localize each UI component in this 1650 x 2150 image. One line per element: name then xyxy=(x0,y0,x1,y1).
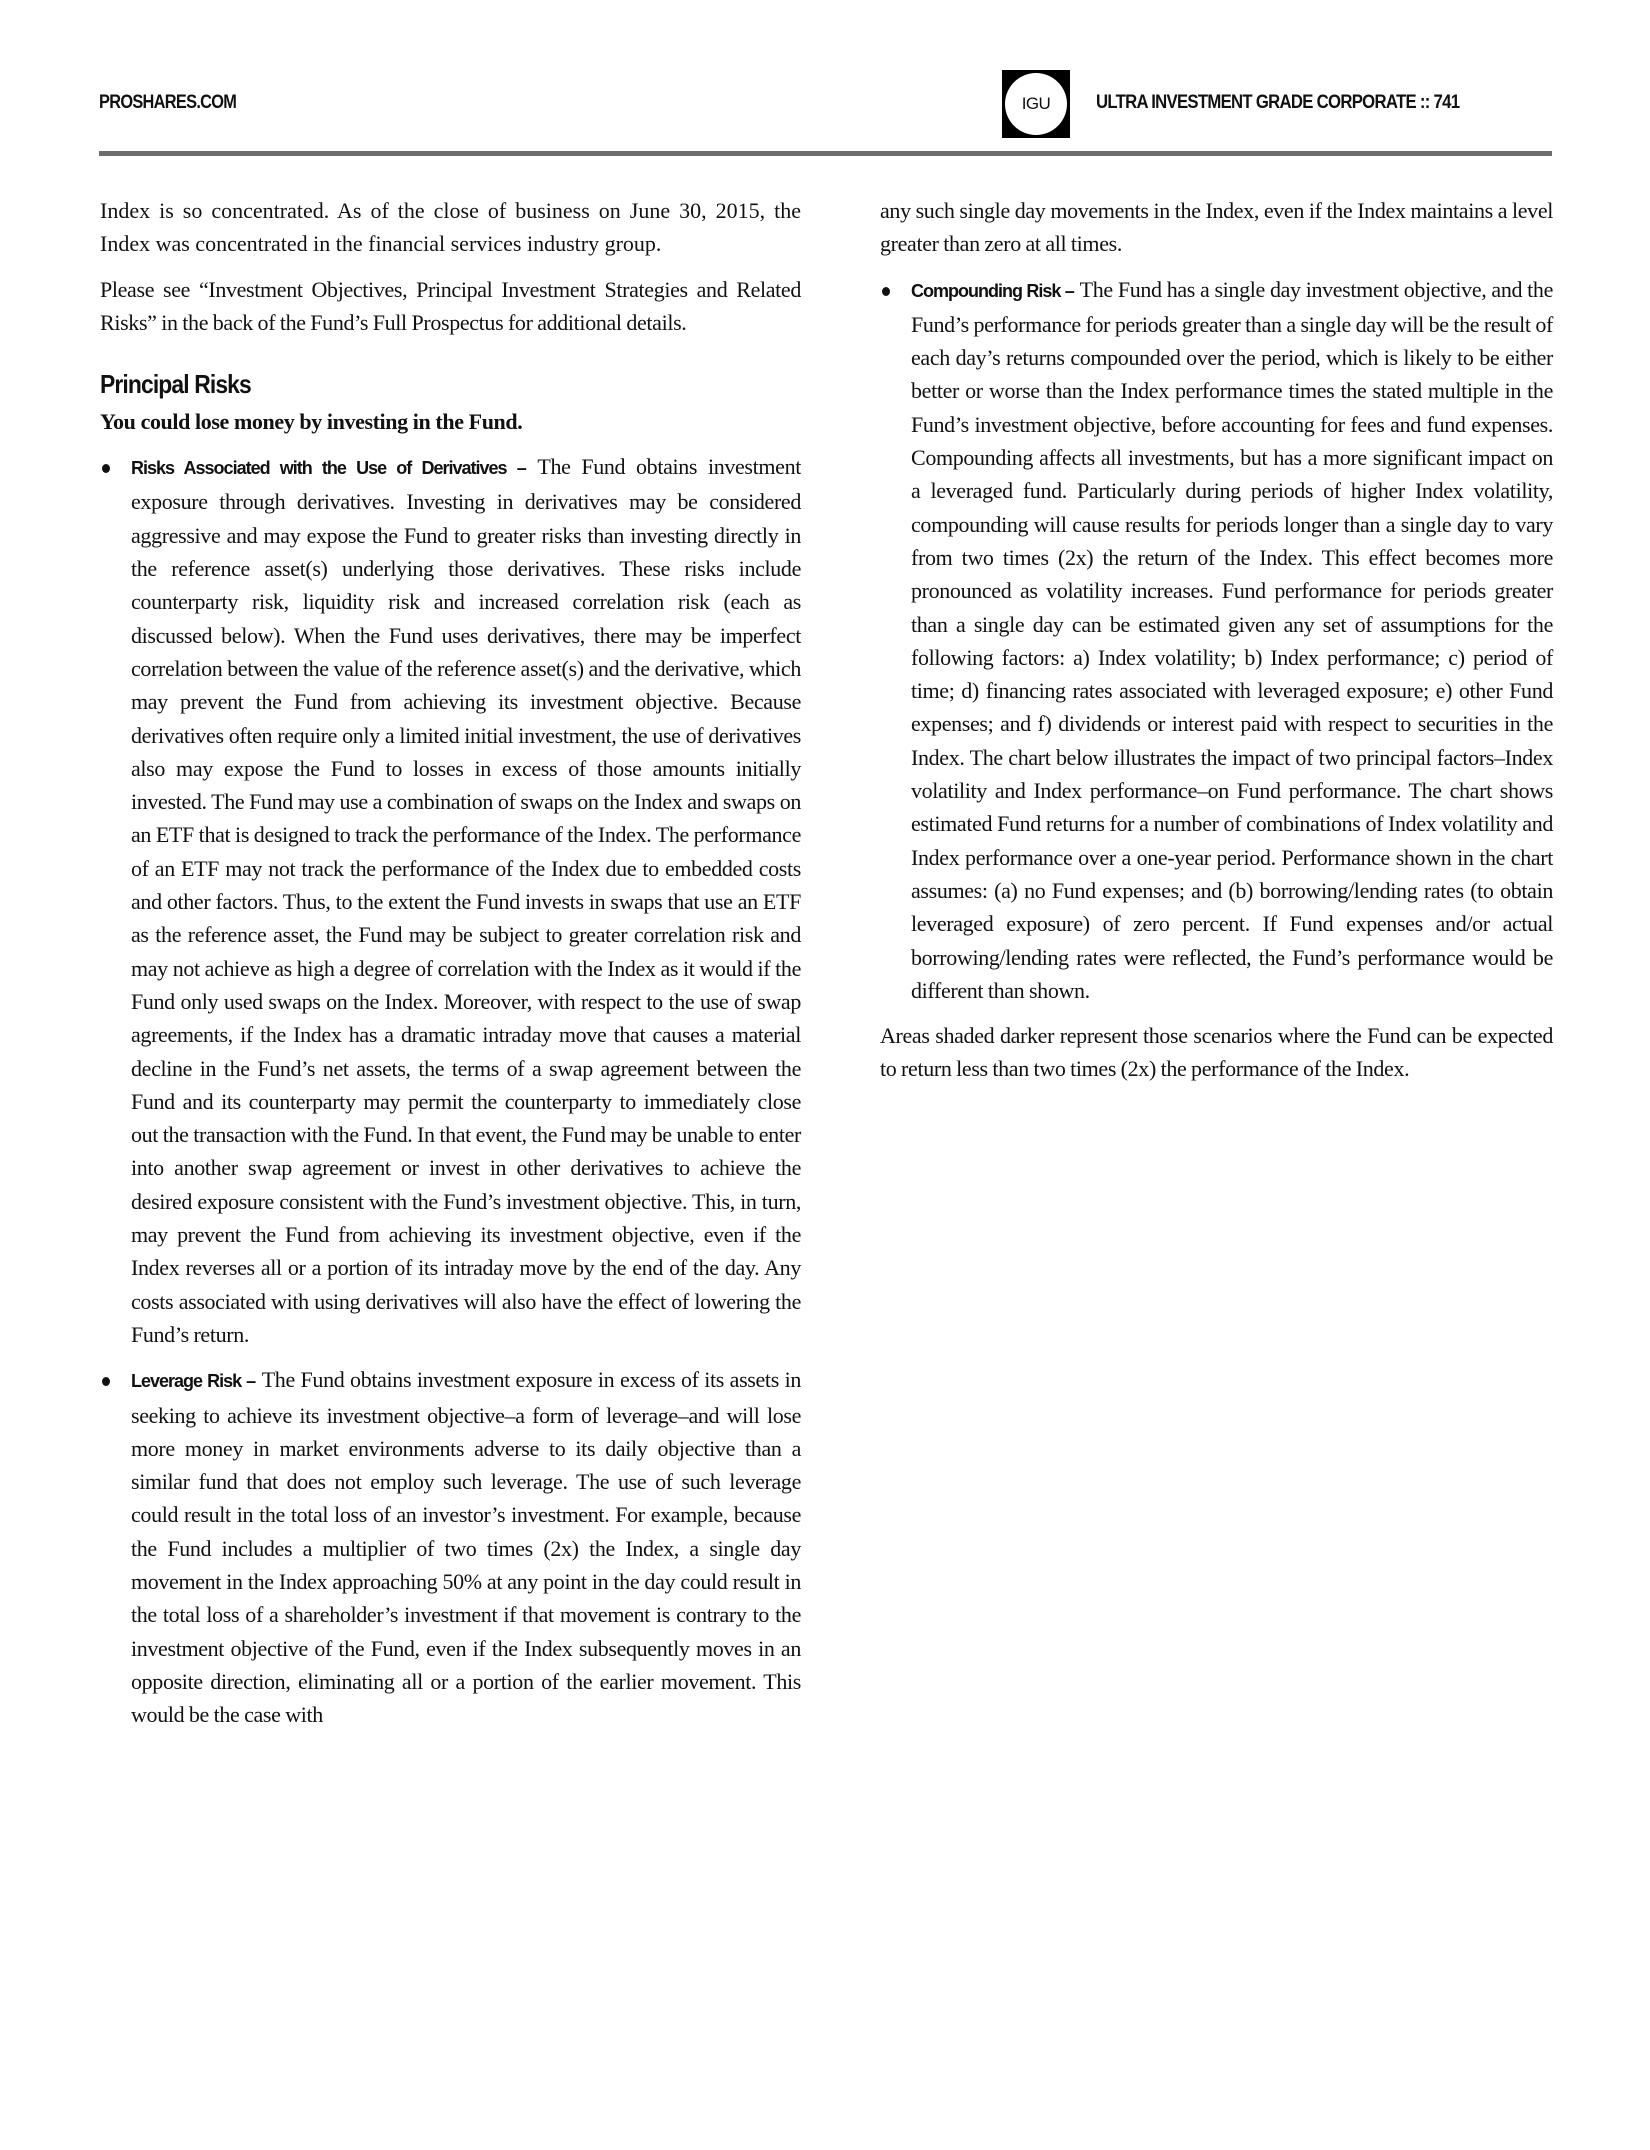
risk-item-derivatives: Risks Associated with the Use of Derivat… xyxy=(100,450,801,1351)
risk-item-leverage: Leverage Risk – The Fund obtains investm… xyxy=(100,1363,801,1731)
fund-title: ULTRA INVESTMENT GRADE CORPORATE :: 741 xyxy=(1096,92,1459,114)
bullet-icon xyxy=(102,1377,110,1386)
prospectus-reference-paragraph: Please see “Investment Objectives, Princ… xyxy=(100,273,801,340)
risk-heading: Risks Associated with the Use of Derivat… xyxy=(131,458,526,478)
left-column: Index is so concentrated. As of the clos… xyxy=(100,194,801,1743)
section-title: Principal Risks xyxy=(100,367,717,401)
intro-paragraph: Index is so concentrated. As of the clos… xyxy=(100,194,801,261)
bullet-icon xyxy=(882,287,890,296)
ticker-badge: IGU xyxy=(1002,70,1070,138)
section-subtitle: You could lose money by investing in the… xyxy=(100,405,801,438)
risk-item-compounding: Compounding Risk – The Fund has a single… xyxy=(880,273,1553,1008)
risk-body: The Fund has a single day investment obj… xyxy=(911,277,1553,1003)
continuation-paragraph: any such single day movements in the Ind… xyxy=(880,194,1553,261)
ticker-badge-label: IGU xyxy=(1005,73,1067,135)
risk-body: The Fund obtains investment exposure thr… xyxy=(131,454,801,1347)
page-header: PROSHARES.COM IGU ULTRA INVESTMENT GRADE… xyxy=(0,0,1650,140)
risk-heading: Compounding Risk – xyxy=(911,281,1074,301)
header-divider xyxy=(99,151,1552,156)
right-column: any such single day movements in the Ind… xyxy=(880,194,1553,1098)
bullet-icon xyxy=(102,464,110,473)
risk-heading: Leverage Risk – xyxy=(131,1371,255,1391)
risk-body: The Fund obtains investment exposure in … xyxy=(131,1367,801,1727)
closing-paragraph: Areas shaded darker represent those scen… xyxy=(880,1019,1553,1086)
site-name: PROSHARES.COM xyxy=(99,92,236,114)
